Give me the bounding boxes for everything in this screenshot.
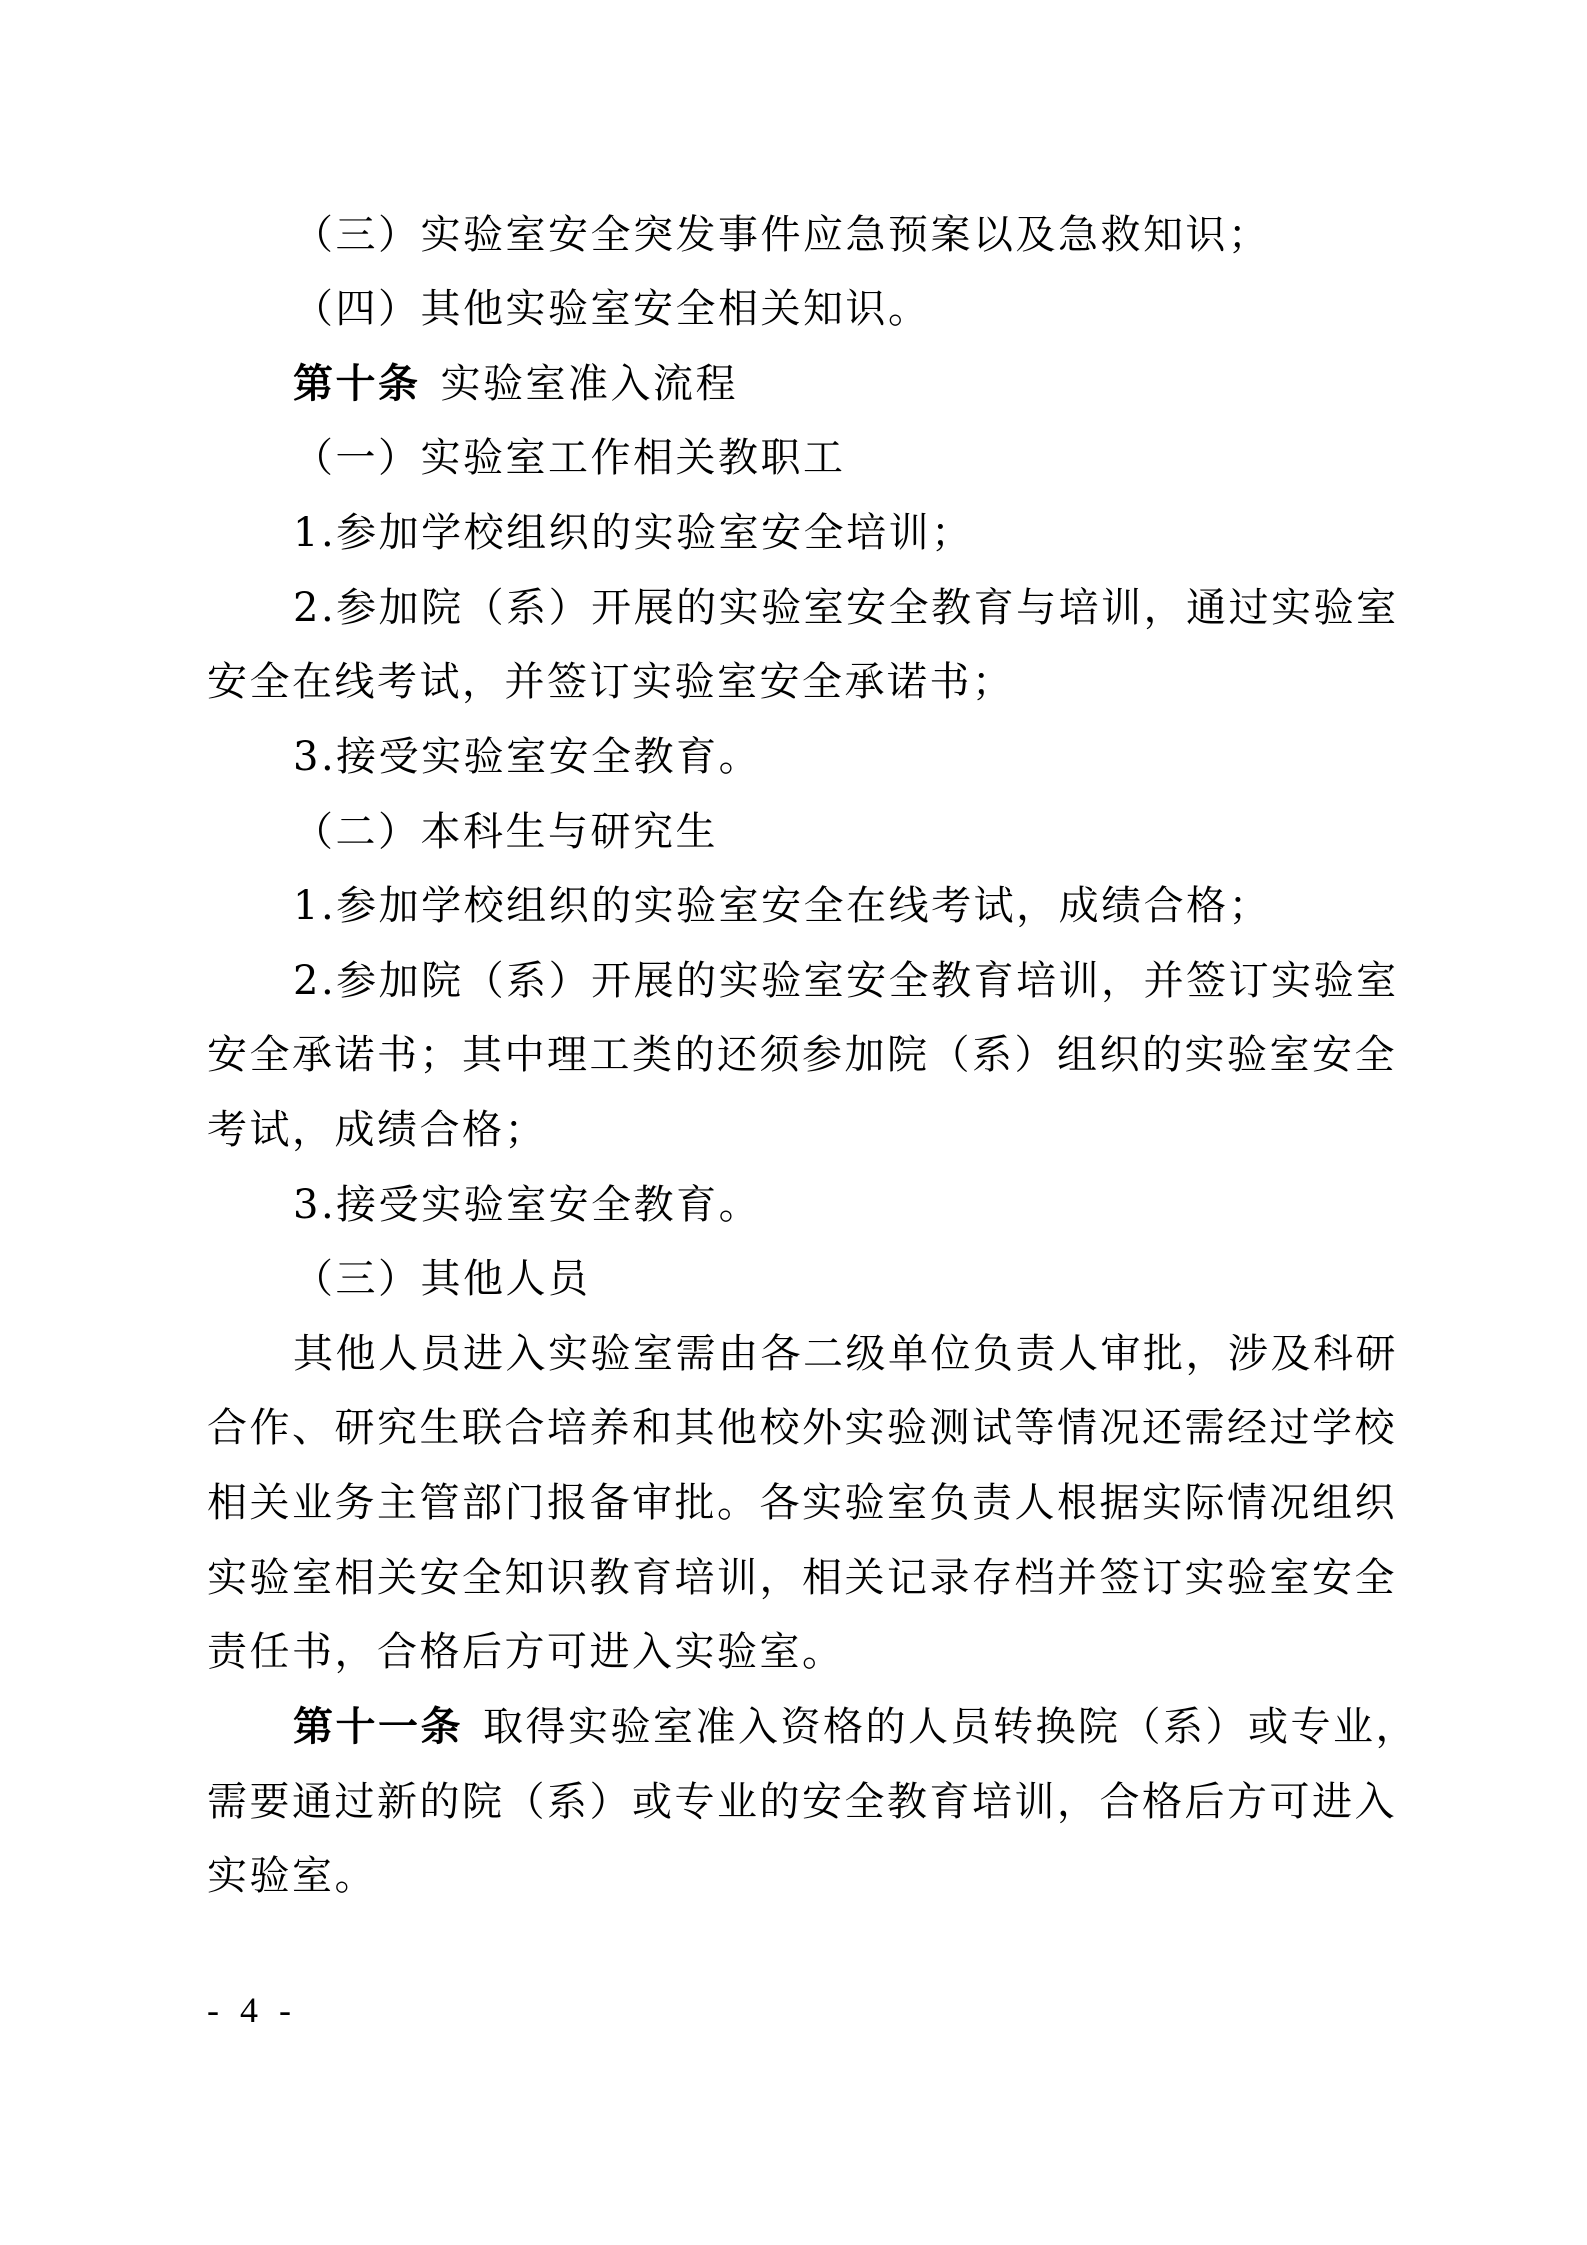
staff-step-3: 3.接受实验室安全教育。 (293, 727, 1397, 787)
staff-step-1: 1.参加学校组织的实验室安全培训； (293, 503, 1397, 563)
article-10-heading: 第十条实验室准入流程 (293, 354, 1397, 414)
line-text: 责任书，合格后方可进入实验室。 (207, 1629, 845, 1675)
line-text: 2.参加院（系）开展的实验室安全教育与培训，通过实验室 (293, 585, 1399, 631)
staff-step-2: 2.参加院（系）开展的实验室安全教育与培训，通过实验室 (293, 578, 1397, 638)
line-text: 3.接受实验室安全教育。 (293, 734, 761, 780)
line-text: （二）本科生与研究生 (293, 809, 718, 855)
page-number: - 4 - (207, 1985, 297, 2035)
line-text: 安全在线考试，并签订实验室安全承诺书； (207, 659, 1015, 705)
others-paragraph-line-1: 其他人员进入实验室需由各二级单位负责人审批，涉及科研 (293, 1324, 1397, 1384)
line-text: 1.参加学校组织的实验室安全培训； (293, 510, 974, 556)
line-text: 3.接受实验室安全教育。 (293, 1182, 761, 1228)
line-text: 其他人员进入实验室需由各二级单位负责人审批，涉及科研 (293, 1331, 1398, 1377)
item-other-knowledge: （四）其他实验室安全相关知识。 (293, 279, 1397, 339)
students-step-3: 3.接受实验室安全教育。 (293, 1175, 1397, 1235)
article-11-line-2: 需要通过新的院（系）或专业的安全教育培训，合格后方可进入 (207, 1772, 1397, 1832)
item-emergency-plan: （三）实验室安全突发事件应急预案以及急救知识； (293, 205, 1397, 265)
section-others-heading: （三）其他人员 (293, 1249, 1397, 1309)
line-text: 2.参加院（系）开展的实验室安全教育培训，并签订实验室 (293, 958, 1399, 1004)
line-text: 1.参加学校组织的实验室安全在线考试，成绩合格； (293, 883, 1271, 929)
line-text: 实验室。 (207, 1853, 377, 1899)
article-number: 第十一条 (293, 1703, 463, 1750)
students-step-1: 1.参加学校组织的实验室安全在线考试，成绩合格； (293, 876, 1397, 936)
article-11-line-1: 第十一条取得实验室准入资格的人员转换院（系）或专业， (293, 1697, 1397, 1757)
line-text: 安全承诺书；其中理工类的还须参加院（系）组织的实验室安全 (207, 1032, 1397, 1078)
students-step-2-end: 考试，成绩合格； (207, 1100, 1397, 1160)
section-staff-heading: （一）实验室工作相关教职工 (293, 428, 1397, 488)
document-page: （三）实验室安全突发事件应急预案以及急救知识； （四）其他实验室安全相关知识。 … (0, 0, 1587, 2245)
others-paragraph-line-4: 实验室相关安全知识教育培训，相关记录存档并签订实验室安全 (207, 1548, 1397, 1608)
others-paragraph-line-5: 责任书，合格后方可进入实验室。 (207, 1622, 1397, 1682)
line-text: （一）实验室工作相关教职工 (293, 435, 846, 481)
article-title: 实验室准入流程 (441, 361, 739, 407)
section-students-heading: （二）本科生与研究生 (293, 802, 1397, 862)
article-text: 取得实验室准入资格的人员转换院（系）或专业， (483, 1704, 1418, 1750)
others-paragraph-line-3: 相关业务主管部门报备审批。各实验室负责人根据实际情况组织 (207, 1473, 1397, 1533)
article-11-line-3: 实验室。 (207, 1846, 1397, 1906)
line-text: 合作、研究生联合培养和其他校外实验测试等情况还需经过学校 (207, 1405, 1397, 1451)
line-text: 考试，成绩合格； (207, 1107, 547, 1153)
students-step-2-continued: 安全承诺书；其中理工类的还须参加院（系）组织的实验室安全 (207, 1025, 1397, 1085)
line-text: 实验室相关安全知识教育培训，相关记录存档并签订实验室安全 (207, 1555, 1397, 1601)
line-text: 需要通过新的院（系）或专业的安全教育培训，合格后方可进入 (207, 1779, 1397, 1825)
line-text: （三）实验室安全突发事件应急预案以及急救知识； (293, 212, 1271, 258)
line-text: （三）其他人员 (293, 1256, 591, 1302)
article-number: 第十条 (293, 360, 421, 407)
line-text: 相关业务主管部门报备审批。各实验室负责人根据实际情况组织 (207, 1480, 1397, 1526)
line-text: （四）其他实验室安全相关知识。 (293, 286, 931, 332)
others-paragraph-line-2: 合作、研究生联合培养和其他校外实验测试等情况还需经过学校 (207, 1398, 1397, 1458)
students-step-2: 2.参加院（系）开展的实验室安全教育培训，并签订实验室 (293, 951, 1397, 1011)
staff-step-2-continued: 安全在线考试，并签订实验室安全承诺书； (207, 652, 1397, 712)
